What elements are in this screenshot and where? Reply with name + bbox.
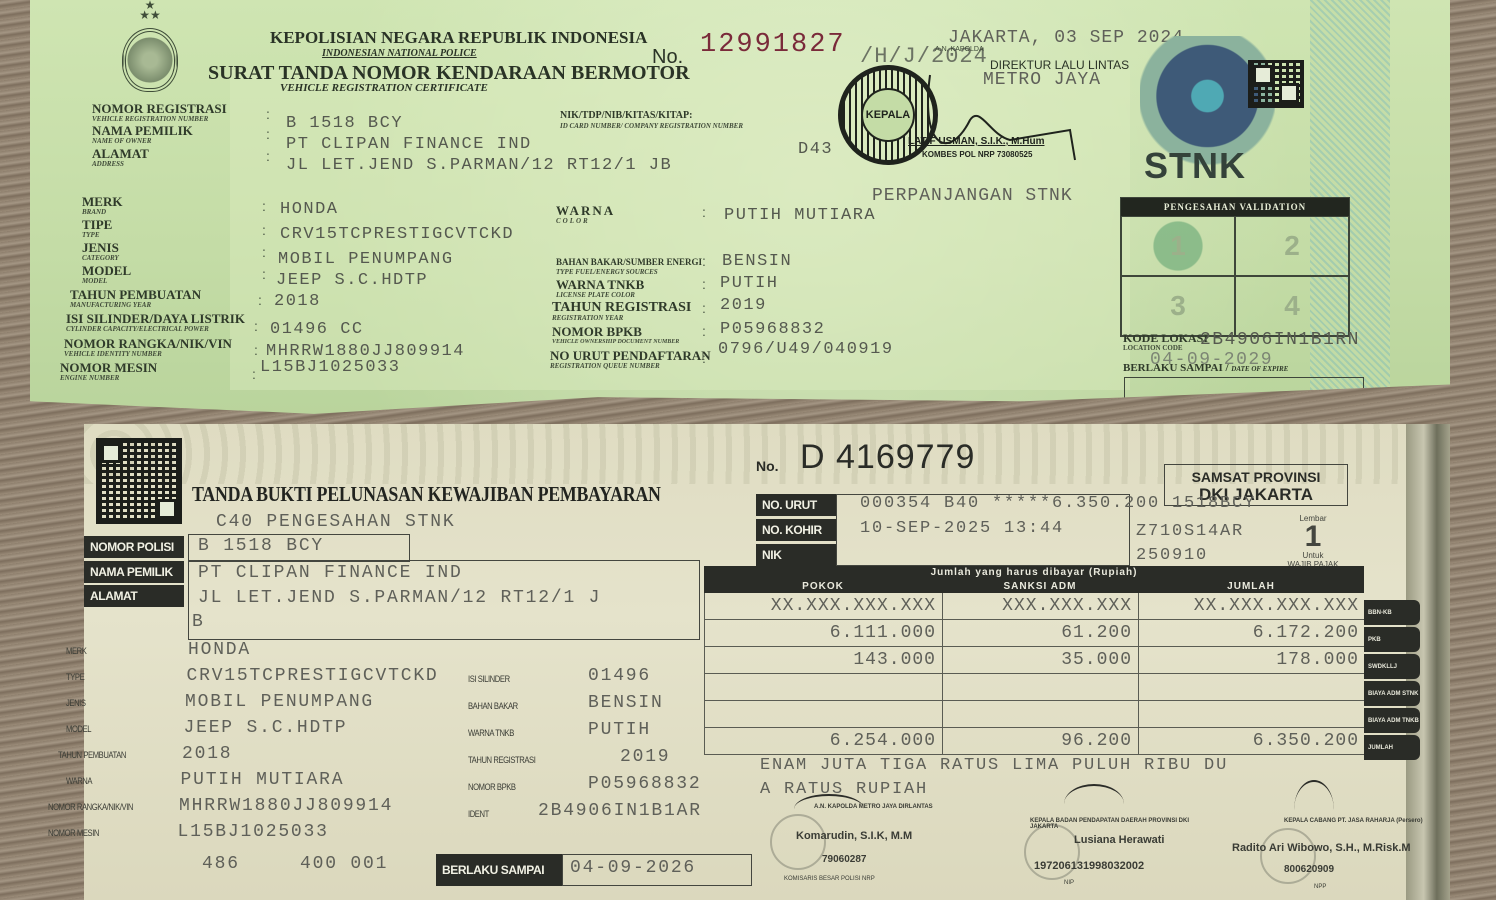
footer-code-2: 400 001 xyxy=(300,854,388,874)
payment-cell-pokok xyxy=(705,674,943,700)
vehicle-field-value: 01496 xyxy=(588,666,651,686)
field-label: TAHUN REGISTRASIREGISTRATION YEAR xyxy=(552,302,691,322)
nomor-polisi: B 1518 BCY xyxy=(198,536,324,556)
payment-row-label: BIAYA ADM TNKB xyxy=(1364,708,1420,733)
vehicle-field-value: MOBIL PENUMPANG xyxy=(185,692,374,712)
alamat-line-1: JL LET.JEND S.PARMAN/12 RT12/1 J xyxy=(198,588,601,608)
payment-row: 6.254.00096.2006.350.200 xyxy=(705,728,1364,755)
payment-table-title: Jumlah yang harus dibayar (Rupiah) xyxy=(704,566,1364,580)
valid-until-label: BERLAKU SAMPAI xyxy=(436,854,562,886)
col-sanksi: SANKSI ADM xyxy=(942,580,1138,593)
payment-row: XX.XXX.XXX.XXXXXX.XXX.XXXXX.XXX.XXX.XXX xyxy=(705,593,1364,620)
vehicle-field-value: P05968832 xyxy=(588,774,701,794)
payment-table: Jumlah yang harus dibayar (Rupiah) POKOK… xyxy=(704,566,1364,755)
vehicle-field-value: PUTIH MUTIARA xyxy=(181,770,345,790)
nomor-polisi-label: NOMOR POLISI xyxy=(84,536,184,558)
certificate-number: 12991827 xyxy=(700,30,846,60)
fuel-type: BENSIN xyxy=(722,252,792,271)
validation-header: PENGESAHAN VALIDATION xyxy=(1121,198,1349,216)
category: MOBIL PENUMPANG xyxy=(278,250,454,269)
expire-label: BERLAKU SAMPAI / DATE OF EXPIRE xyxy=(1123,362,1288,375)
field-label: MERKBRAND xyxy=(82,196,122,216)
field-label: WARNA TNKBLICENSE PLATE COLOR xyxy=(556,279,644,299)
validation-cell-4: 4 xyxy=(1235,276,1349,336)
receipt-subtitle: C40 PENGESAHAN STNK xyxy=(216,512,455,532)
validation-box: PENGESAHAN VALIDATION 1 2 3 4 xyxy=(1120,197,1350,337)
col-jumlah: JUMLAH xyxy=(1138,580,1364,593)
qr-code-icon xyxy=(96,438,182,524)
vehicle-field-value: HONDA xyxy=(188,640,251,660)
alamat-label: ALAMAT xyxy=(84,585,184,607)
registration-number: B 1518 BCY xyxy=(286,114,403,133)
payment-cell-pokok: XX.XXX.XXX.XXX xyxy=(705,593,943,619)
payment-cell-sanksi: XXX.XXX.XXX xyxy=(943,593,1139,619)
no-kohir: 10-SEP-2025 13:44 xyxy=(860,519,1064,538)
vehicle-field-label: BAHAN BAKAR xyxy=(468,701,518,711)
payment-row-label: SWDKLLJ xyxy=(1364,654,1420,679)
payment-cell-jumlah: 6.172.200 xyxy=(1139,620,1365,646)
vehicle-field-label: TYPE xyxy=(66,672,84,682)
payment-cell-jumlah xyxy=(1139,701,1365,727)
vehicle-field-label: WARNA xyxy=(66,776,92,786)
receipt-number-label: No. xyxy=(756,458,779,474)
vehicle-field-value: L15BJ1025033 xyxy=(178,822,329,842)
payment-cell-pokok: 6.111.000 xyxy=(705,620,943,646)
field-label: NOMOR BPKBVEHICLE OWNERSHIP DOCUMENT NUM… xyxy=(552,326,679,346)
vehicle-field-value: 2B4906IN1B1AR xyxy=(538,801,702,821)
model: JEEP S.C.HDTP xyxy=(276,271,428,290)
payment-row: 143.00035.000178.000 xyxy=(705,647,1364,674)
nama-pemilik-label: NAMA PEMILIK xyxy=(84,561,184,583)
color: PUTIH MUTIARA xyxy=(724,206,876,225)
vehicle-field-value: CRV15TCPRESTIGCVTCKD xyxy=(187,666,439,686)
vehicle-field-value: 2018 xyxy=(182,744,232,764)
field-label: ISI SILINDER/DAYA LISTRIKCYLINDER CAPACI… xyxy=(66,313,245,333)
payment-cell-jumlah: XX.XXX.XXX.XXX xyxy=(1139,593,1365,619)
kohir-code: Z710S14AR xyxy=(1136,522,1244,541)
signature-icon xyxy=(1294,780,1334,840)
payment-cell-sanksi xyxy=(943,674,1139,700)
payment-row-label: JUMLAH xyxy=(1364,735,1420,760)
on-behalf: A.N. KAPOLDA xyxy=(935,46,984,53)
id-code: D43 xyxy=(798,140,833,159)
payment-cell-pokok: 6.254.000 xyxy=(705,728,943,754)
vehicle-field-label: WARNA TNKB xyxy=(468,728,514,738)
vehicle-field-label: TAHUN REGISTRASI xyxy=(468,755,535,765)
stamp-text: KEPALA xyxy=(861,88,915,142)
footer-code-1: 486 xyxy=(202,854,240,874)
payment-row-labels: BBN-KBPKBSWDKLLJBIAYA ADM STNKBIAYA ADM … xyxy=(1364,600,1420,762)
payment-receipt: TANDA BUKTI PELUNASAN KEWAJIBAN PEMBAYAR… xyxy=(84,424,1450,900)
registration-year: 2019 xyxy=(720,296,767,315)
col-pokok: POKOK xyxy=(704,580,942,593)
vehicle-field-label: ISI SILINDER xyxy=(468,674,510,684)
vehicle-field-value: MHRRW1880JJ809914 xyxy=(179,796,393,816)
vehicle-field-label: MERK xyxy=(66,646,86,656)
vehicle-field-value: JEEP S.C.HDTP xyxy=(184,718,348,738)
vehicle-field-label: TAHUN PEMBUATAN xyxy=(58,750,126,760)
field-label: NAMA PEMILIKNAME OF OWNER xyxy=(92,125,193,145)
qr-code-icon xyxy=(1248,60,1304,108)
officer-rank: KOMBES POL NRP 73080525 xyxy=(922,150,1032,159)
renewal-note: PERPANJANGAN STNK xyxy=(872,186,1073,206)
owner-address: JL LET.JEND S.PARMAN/12 RT12/1 JB xyxy=(286,156,672,175)
payment-cell-pokok: 143.000 xyxy=(705,647,943,673)
stnk-certificate: ★★★ KEPOLISIAN NEGARA REPUBLIK INDONESIA… xyxy=(30,0,1450,418)
nik-code: 250910 xyxy=(1136,546,1208,565)
expire-stamp-box xyxy=(1124,377,1364,417)
payment-cell-sanksi xyxy=(943,701,1139,727)
number-label: No. xyxy=(652,46,683,69)
agency-name-en: INDONESIAN NATIONAL POLICE xyxy=(322,48,477,59)
manufacture-year: 2018 xyxy=(274,292,321,311)
stnk-hologram-text: STNK xyxy=(1144,145,1246,187)
payment-row xyxy=(705,701,1364,728)
payment-cell-jumlah: 178.000 xyxy=(1139,647,1365,673)
payment-cell-jumlah: 6.350.200 xyxy=(1139,728,1365,754)
payment-row-label: BIAYA ADM STNK xyxy=(1364,681,1420,706)
vehicle-field-value: BENSIN xyxy=(588,693,664,713)
vehicle-field-label: NOMOR MESIN xyxy=(48,828,99,838)
brand: HONDA xyxy=(280,200,339,219)
validation-cell-1: 1 xyxy=(1121,216,1235,276)
field-label: ALAMATADDRESS xyxy=(92,148,149,168)
valid-until: 04-09-2026 xyxy=(570,858,696,878)
payment-cell-pokok xyxy=(705,701,943,727)
id-card-label: NIK/TDP/NIB/KITAS/KITAP:ID CARD NUMBER/ … xyxy=(560,110,743,130)
payment-cell-jumlah xyxy=(1139,674,1365,700)
cylinder-capacity: 01496 CC xyxy=(270,320,364,339)
nama-pemilik: PT CLIPAN FINANCE IND xyxy=(198,563,463,583)
field-label: TIPETYPE xyxy=(82,219,112,239)
receipt-number: D 4169779 xyxy=(800,438,975,477)
payment-cell-sanksi: 96.200 xyxy=(943,728,1139,754)
validation-cell-3: 3 xyxy=(1121,276,1235,336)
plate-color: PUTIH xyxy=(720,274,779,293)
vehicle-field-value: 2019 xyxy=(620,747,670,767)
field-label: WARNACOLOR xyxy=(556,205,615,225)
field-label: JENISCATEGORY xyxy=(82,242,119,262)
owner-name: PT CLIPAN FINANCE IND xyxy=(286,135,532,154)
engine-number: L15BJ1025033 xyxy=(260,358,400,377)
field-label: TAHUN PEMBUATANMANUFACTURING YEAR xyxy=(70,289,201,309)
field-label: NOMOR MESINENGINE NUMBER xyxy=(60,362,157,382)
alamat-line-2: B xyxy=(192,612,205,632)
location-code-label: KODE LOKASILOCATION CODE xyxy=(1123,332,1208,352)
officer-name: LATIF USMAN, S.I.K., M.Hum xyxy=(908,136,1044,147)
stars-icon: ★★★ xyxy=(138,0,162,20)
vehicle-field-value: PUTIH xyxy=(588,720,651,740)
type: CRV15TCPRESTIGCVTCKD xyxy=(280,225,514,244)
vehicle-field-label: MODEL xyxy=(66,724,91,734)
vehicle-field-label: IDENT xyxy=(468,809,489,819)
vehicle-field-label: NOMOR RANGKA/NIK/VIN xyxy=(48,802,133,812)
field-label: NOMOR RANGKA/NIK/VINVEHICLE IDENTITY NUM… xyxy=(64,338,232,358)
agency-name: KEPOLISIAN NEGARA REPUBLIK INDONESIA xyxy=(270,28,647,48)
registration-queue-number: 0796/U49/040919 xyxy=(718,340,894,359)
validation-cell-2: 2 xyxy=(1235,216,1349,276)
document-title-en: VEHICLE REGISTRATION CERTIFICATE xyxy=(280,82,488,94)
vehicle-field-label: JENIS xyxy=(66,698,86,708)
amount-in-words-1: ENAM JUTA TIGA RATUS LIMA PULUH RIBU DU xyxy=(760,756,1228,775)
bpkb-number: P05968832 xyxy=(720,320,825,339)
no-kohir-label: NO. KOHIR xyxy=(756,519,836,541)
payment-row xyxy=(705,674,1364,701)
payment-row-label: PKB xyxy=(1364,627,1420,652)
field-label: BAHAN BAKAR/SUMBER ENERGITYPE FUEL/ENERG… xyxy=(556,256,702,276)
no-urut-label: NO. URUT xyxy=(756,494,836,516)
payment-cell-sanksi: 35.000 xyxy=(943,647,1139,673)
no-urut: 000354 B40 *****6.350.200 1518BCY xyxy=(860,494,1256,513)
field-label: NO URUT PENDAFTARANREGISTRATION QUEUE NU… xyxy=(550,350,711,370)
location-code: 2B4906IN1B1RN xyxy=(1200,330,1360,350)
payment-cell-sanksi: 61.200 xyxy=(943,620,1139,646)
sheet-indicator: Lembar 1 Untuk WAJIB PAJAK xyxy=(1286,514,1340,569)
payment-row-label: BBN-KB xyxy=(1364,600,1420,625)
nik-label: NIK xyxy=(756,544,836,566)
payment-row: 6.111.00061.2006.172.200 xyxy=(705,620,1364,647)
office-line-1: SAMSAT PROVINSI xyxy=(1165,469,1347,485)
field-label: MODELMODEL xyxy=(82,265,131,285)
police-emblem-icon xyxy=(122,28,178,92)
field-label: NOMOR REGISTRASIVEHICLE REGISTRATION NUM… xyxy=(92,103,227,123)
receipt-title: TANDA BUKTI PELUNASAN KEWAJIBAN PEMBAYAR… xyxy=(192,482,661,507)
vehicle-field-label: NOMOR BPKB xyxy=(468,782,516,792)
